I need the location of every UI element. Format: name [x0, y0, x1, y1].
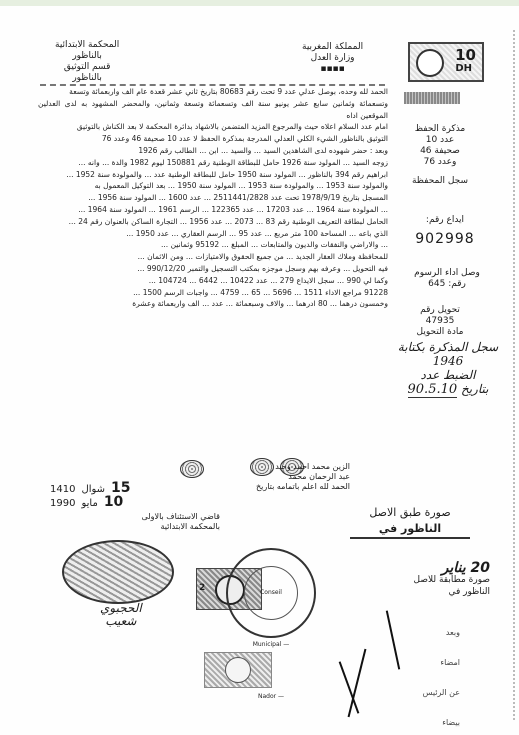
- deed-line: والمولود سنة 1953 ... والمولودة سنة 1953…: [38, 180, 388, 192]
- ink-stamp-smudge: [404, 92, 460, 104]
- deposit-block: ايداع رقم: 902998: [400, 215, 490, 245]
- handwritten-line: الضبط عدد: [388, 368, 508, 382]
- round-seal-text: Conseil Municipal — Nador — Signature: [244, 566, 298, 620]
- hijri-month: شوال: [81, 484, 105, 496]
- deed-line: الحامل لبطاقة التعريف الوطنية رقم 83 ...…: [38, 216, 388, 228]
- handwritten-date-label: بتاريخ: [461, 382, 489, 396]
- deed-line: وبعد : حضر شهوده لدى الشاهدين السيد ... …: [38, 145, 388, 157]
- scan-top-edge: [0, 0, 519, 6]
- certified-copy-block: صورة طبق الاصل الناظور في: [350, 505, 470, 539]
- deed-line: التوثيق بالناظور الشيء الكلي العدلي المد…: [38, 133, 388, 145]
- handwritten-number: 1946: [388, 354, 508, 368]
- court-header-line: بالناظور: [55, 73, 119, 84]
- label: عن الرئيس: [400, 678, 460, 708]
- handwritten-date: 90.5.10: [408, 383, 458, 398]
- signature-seal-icon: [180, 460, 204, 478]
- fiscal-stamp-top: 10 DH: [408, 42, 484, 82]
- adoul-name: الزين محمد احمد وحيد: [210, 462, 350, 472]
- judge-line: بالمحكمة الابتدائية: [100, 522, 220, 532]
- memo-line: وعدد 76: [400, 157, 480, 168]
- gregorian-month: مايو: [81, 498, 97, 510]
- court-header-line: قسم التوثيق: [55, 62, 119, 73]
- transfer-label: تحويل رقم: [400, 305, 480, 316]
- deed-opening: الحمد لله وحده، بوصل عدلي عدد 9 تحت رقم …: [38, 86, 388, 98]
- round-municipal-seal-icon: Conseil Municipal — Nador — Signature: [226, 548, 316, 638]
- oval-seal-icon: [62, 540, 174, 604]
- deed-line: وخمسون درهما ... 80 ادرهما ... والاف وسب…: [38, 298, 388, 310]
- star-emblem-icon: [416, 49, 444, 77]
- label: وبعد: [400, 618, 460, 648]
- stamp-value: 10: [455, 46, 476, 64]
- deed-line: للمحافظة وملاك العقار الجديد ... من جميع…: [38, 251, 388, 263]
- court-header-line: بالناظور: [55, 51, 119, 62]
- transfer-number: 47935: [400, 316, 480, 327]
- stamp-currency: DH: [455, 63, 472, 74]
- judge-note: قاضي الاستئناف بالاولى بالمحكمة الابتدائ…: [100, 512, 220, 532]
- adoul-signatures: الزين محمد احمد وحيد عبد الرحمان محمد ال…: [210, 462, 350, 492]
- stamp-date: 20 يناير: [350, 562, 490, 574]
- deed-line: فيه التحويل ... وعرفه بهم وسجل موجزه بمك…: [38, 263, 388, 275]
- receipt-line: وصل اداء الرسوم: [392, 268, 502, 279]
- deed-body: الحمد لله وحده، بوصل عدلي عدد 9 تحت رقم …: [38, 86, 388, 464]
- transfer-block: تحويل رقم 47935 مادة التحويل: [400, 305, 480, 338]
- memo-line: مذكرة الحفظ: [400, 124, 480, 135]
- label: بيضاء: [400, 708, 460, 735]
- stamp-title: صورة مطابقة للاصل: [350, 574, 490, 586]
- fiscal-stamp-bottom-2: [204, 652, 272, 688]
- deed-line: وكما لي 990 ... سجل الايداع 279 ... عدد …: [38, 275, 388, 287]
- pen-signature-stroke: [386, 610, 400, 669]
- receipt-block: وصل اداء الرسوم رقم: 645: [392, 268, 502, 290]
- kingdom-header: المملكة المغربية وزارة العدل ▪▪▪▪: [302, 42, 363, 75]
- deed-paragraphs: وتسعمائة وثمانين سابع عشر يونيو سنة الف …: [38, 98, 388, 310]
- court-header-line: المحكمة الابتدائية: [55, 40, 119, 51]
- deposit-number: 902998: [400, 234, 490, 245]
- signature-labels: وبعد امضاء عن الرئيس بيضاء: [400, 618, 460, 735]
- handwritten-line: سجل المذكرة بكتابة: [388, 340, 508, 354]
- deed-line: ... المولودة سنة 1964 ... عدد 17203 ... …: [38, 204, 388, 216]
- deed-line: 91228 مراجع الاداء 1511 ... 5696 ... 65 …: [38, 287, 388, 299]
- seal-signatory: الحجبوي شعيب: [100, 602, 142, 628]
- certified-copy-title: صورة طبق الاصل: [350, 505, 470, 521]
- deed-line: زوجه السيد ... المولود سنة 1926 حامل للب…: [38, 157, 388, 169]
- memo-line: عدد 10: [400, 135, 480, 146]
- transfer-note: مادة التحويل: [400, 327, 480, 338]
- handwritten-registry-note: سجل المذكرة بكتابة 1946 الضبط عدد بتاريخ…: [388, 340, 508, 398]
- deed-line: امام عدد السلام اعلاه حيث والمرجوع المزي…: [38, 121, 388, 133]
- ministry-line: وزارة العدل: [302, 53, 363, 64]
- deed-line: الذي باعه ... المساحة 100 متر مربع ... ع…: [38, 228, 388, 240]
- hijri-day: 15: [111, 482, 130, 494]
- header-ornament: ▪▪▪▪: [302, 64, 363, 75]
- deed-dates: 1410 شوال 15 1990 مايو 10: [50, 482, 131, 510]
- deposit-label: ايداع رقم:: [400, 215, 490, 226]
- deed-line: وتسعمائة وثمانين سابع عشر يونيو سنة الف …: [38, 98, 388, 122]
- certified-copy-stamp-2: 20 يناير صورة مطابقة للاصل الناظور في: [350, 562, 490, 598]
- gregorian-year: 1990: [50, 498, 75, 510]
- label: امضاء: [400, 648, 460, 678]
- seal-name-line: شعيب: [100, 615, 142, 628]
- judge-line: قاضي الاستئناف بالاولى: [100, 512, 220, 522]
- scan-right-edge: [511, 30, 515, 720]
- hijri-year: 1410: [50, 484, 75, 496]
- deed-line: ... والاراضي والنفقات والديون والمتابعات…: [38, 239, 388, 251]
- adoul-name: عبد الرحمان محمد: [210, 472, 350, 482]
- stamp-value: 2: [199, 583, 205, 593]
- deed-line: ابراهيم رقم 394 بالناظور ... المولود سنة…: [38, 169, 388, 181]
- gregorian-day: 10: [104, 496, 123, 508]
- deed-line: المسجل بتاريخ 1978/9/19 تحت عدد 2511441/…: [38, 192, 388, 204]
- memo-line: صحيفة 46: [400, 146, 480, 157]
- court-header: المحكمة الابتدائية بالناظور قسم التوثيق …: [55, 40, 119, 84]
- memo-register: سجل المحفظة: [400, 176, 480, 187]
- memo-block: مذكرة الحفظ عدد 10 صحيفة 46 وعدد 76 سجل …: [400, 124, 480, 187]
- emblem-icon: [225, 657, 251, 683]
- registration-note: الحمد لله اعلم باتمامه بتاريخ: [210, 482, 350, 492]
- kingdom-line: المملكة المغربية: [302, 42, 363, 53]
- stamp-place: الناظور في: [350, 586, 490, 598]
- certified-copy-place: الناظور في: [350, 521, 470, 539]
- receipt-number: رقم: 645: [392, 279, 502, 290]
